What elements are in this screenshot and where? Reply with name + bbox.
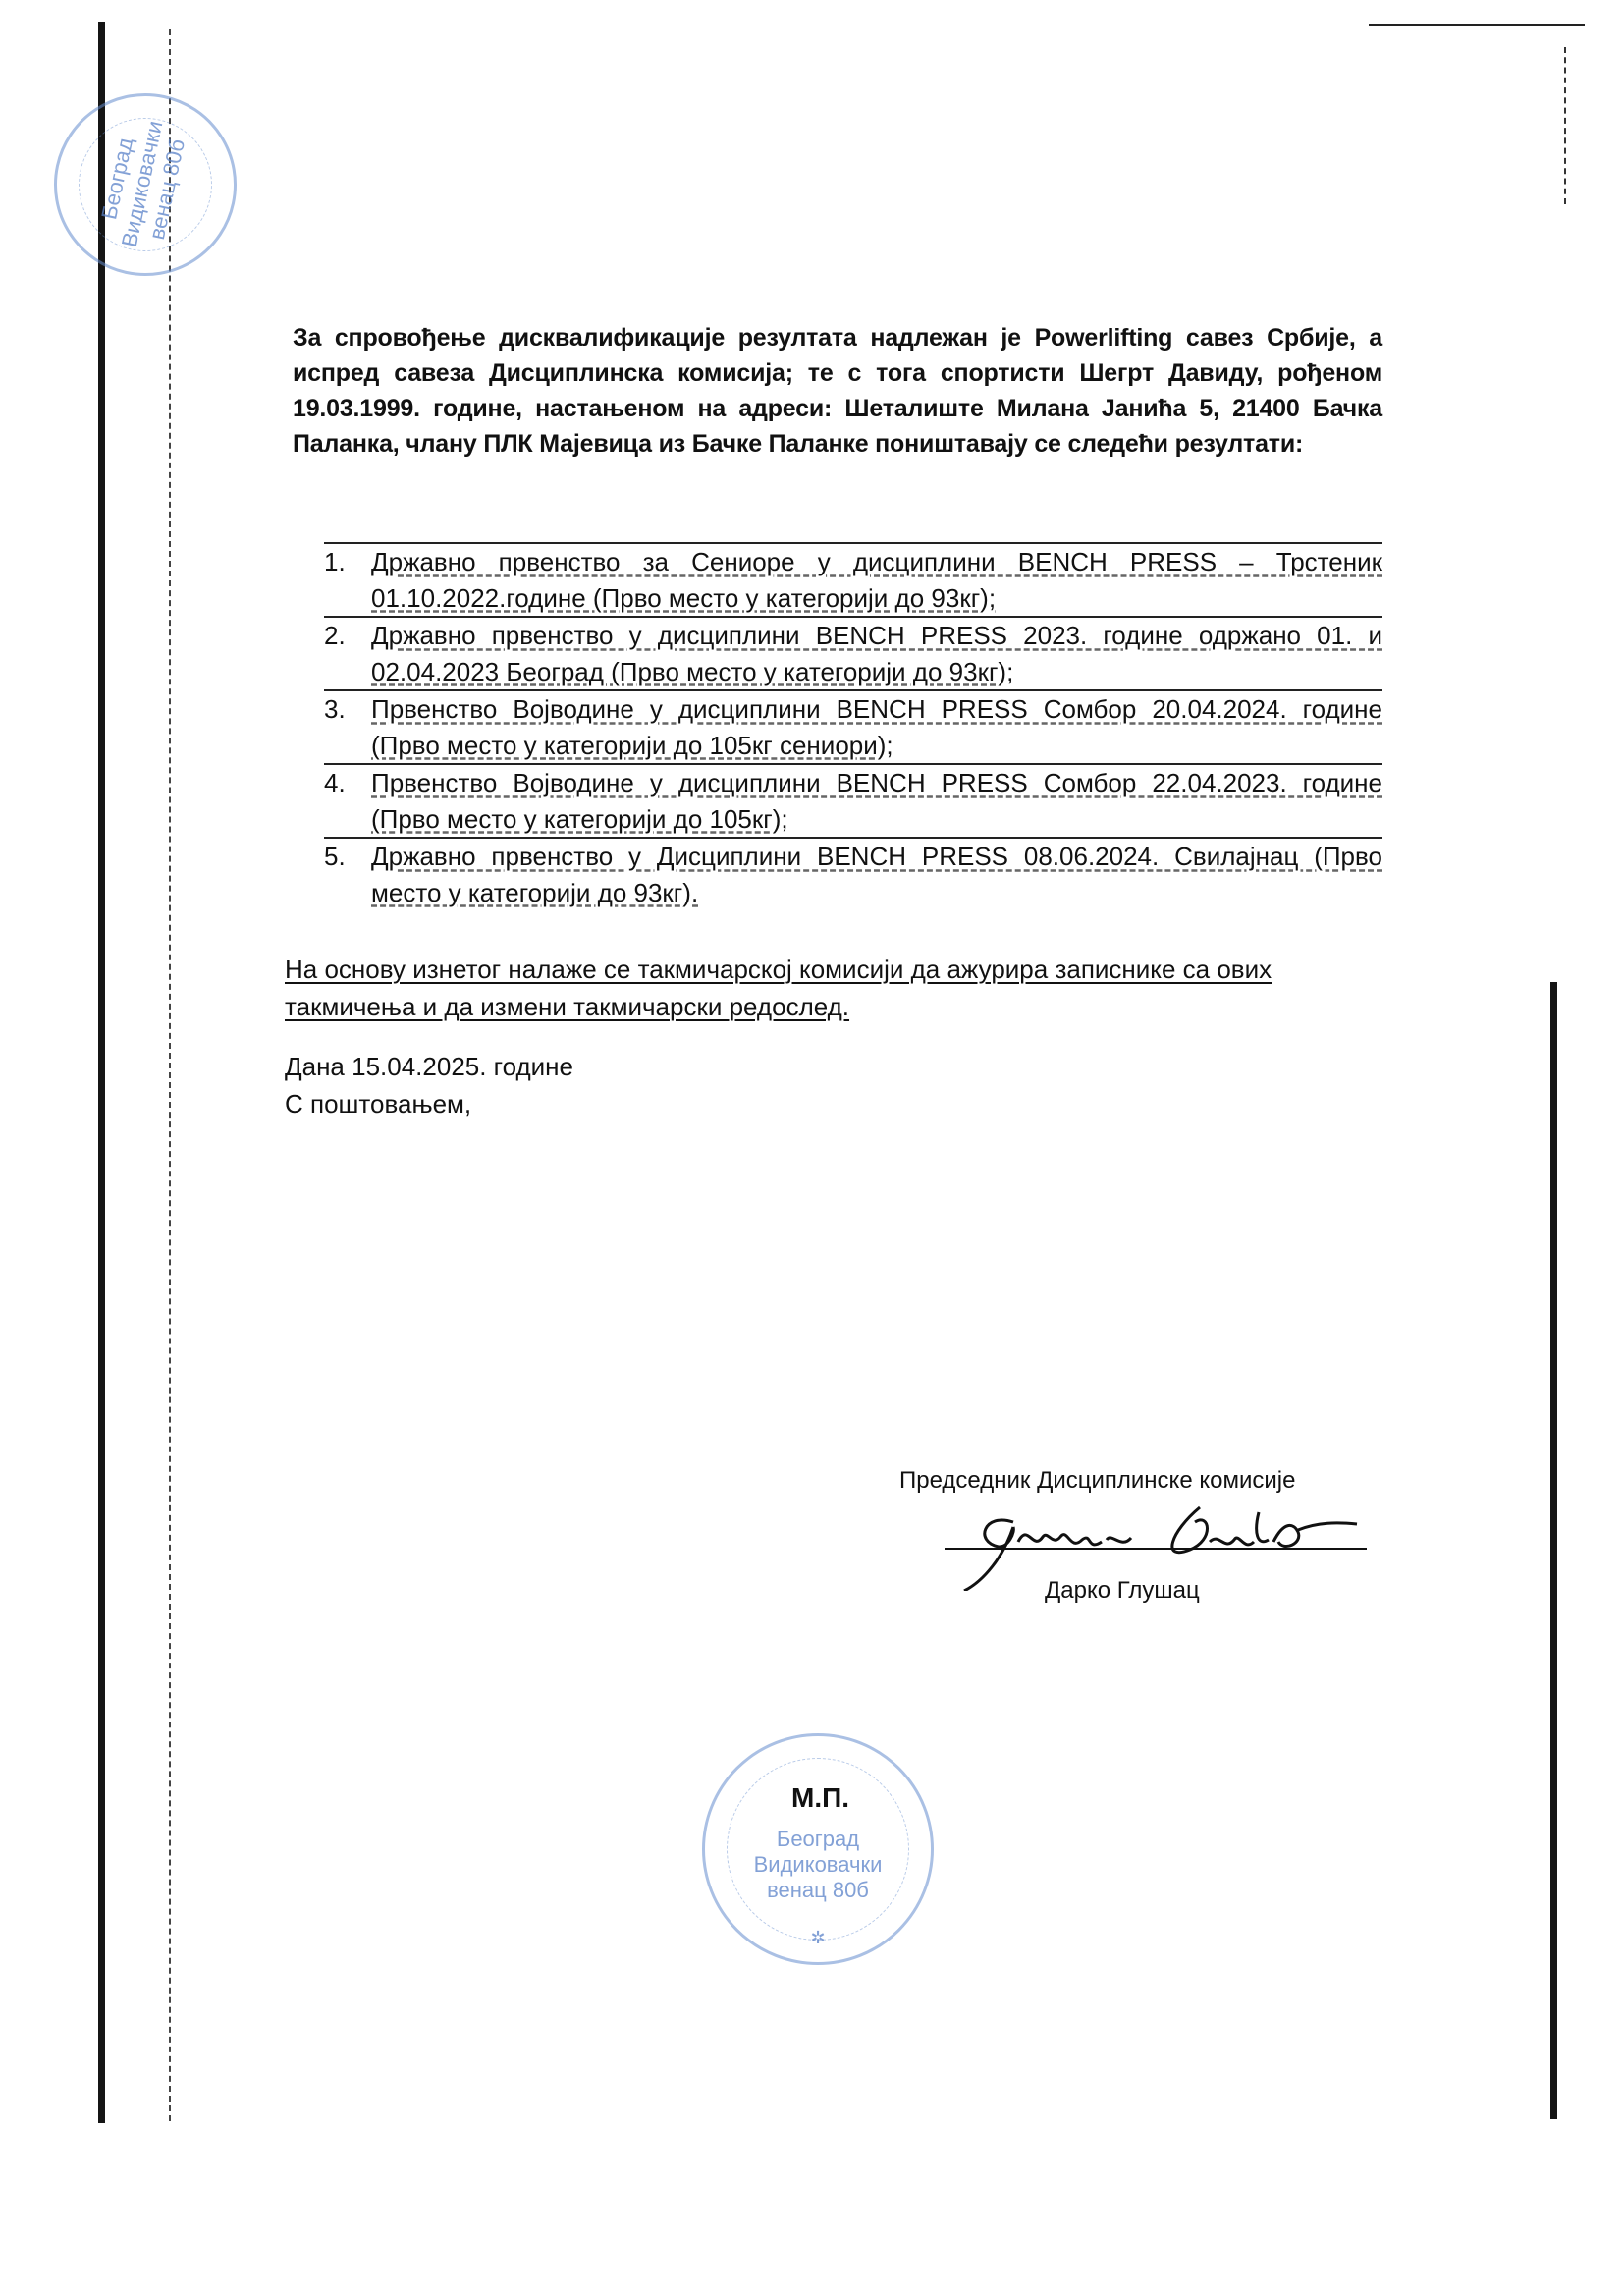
annulled-results-list: 1. Државно првенство за Сениоре у дисцип…: [324, 542, 1382, 910]
intro-paragraph: За спровођење дисквалификације резултата…: [293, 320, 1382, 462]
result-text: Државно првенство у Дисциплини BENCH PRE…: [371, 839, 1382, 910]
result-text: Државно првенство у дисциплини BENCH PRE…: [371, 618, 1382, 689]
scan-edge-right: [1550, 982, 1557, 2119]
scan-edge-left: [98, 22, 105, 2123]
stamp-top: Београд Видиковачки венац 80б: [37, 77, 254, 294]
stamp-line-2: Видиковачки: [705, 1852, 931, 1878]
result-number: 3.: [324, 691, 371, 763]
signatory-name: Дарко Глушац: [1045, 1577, 1200, 1605]
result-item: 5. Државно првенство у Дисциплини BENCH …: [324, 837, 1382, 910]
result-number: 2.: [324, 618, 371, 689]
stamp-line-3: венац 80б: [705, 1878, 931, 1903]
signature-line: [945, 1548, 1367, 1550]
result-text: Државно првенство за Сениоре у дисциплин…: [371, 544, 1382, 616]
result-number: 4.: [324, 765, 371, 837]
result-text: Првенство Војводине у дисциплини BENCH P…: [371, 691, 1382, 763]
stamp-line-1: Београд: [705, 1827, 931, 1852]
result-item: 1. Државно првенство за Сениоре у дисцип…: [324, 542, 1382, 616]
scan-edge-top: [1369, 24, 1585, 26]
signatory-title: Председник Дисциплинске комисије: [899, 1467, 1295, 1495]
date-line: Дана 15.04.2025. године: [285, 1049, 573, 1084]
order-paragraph: На основу изнетог налаже се такмичарској…: [285, 951, 1384, 1025]
result-text: Првенство Војводине у дисциплини BENCH P…: [371, 765, 1382, 837]
result-number: 1.: [324, 544, 371, 616]
result-number: 5.: [324, 839, 371, 910]
stamp-star-icon: ✲: [705, 1925, 931, 1950]
stamp-bottom: Београд Видиковачки венац 80б ✲: [702, 1733, 934, 1965]
seal-label: М.П.: [791, 1782, 849, 1814]
result-item: 4. Првенство Војводине у дисциплини BENC…: [324, 763, 1382, 837]
closing-line: С поштовањем,: [285, 1086, 471, 1121]
scan-edge-left-dashed: [169, 29, 171, 2121]
scan-edge-right-dashed: [1564, 47, 1566, 204]
result-item: 3. Првенство Војводине у дисциплини BENC…: [324, 689, 1382, 763]
result-item: 2. Државно првенство у дисциплини BENCH …: [324, 616, 1382, 689]
